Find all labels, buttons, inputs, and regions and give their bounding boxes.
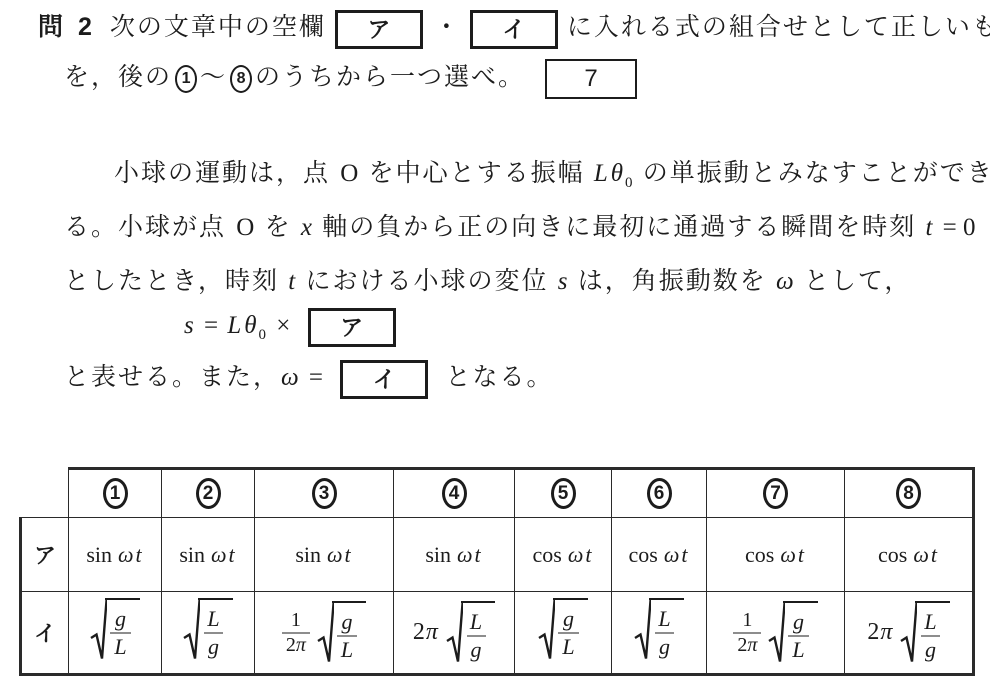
text-segment: となる。 [437,364,553,391]
option-a-3: sinωt [255,518,394,592]
option-header-2: 2 [162,469,255,518]
formula-7: 12πgL [733,601,817,665]
fraction-denominator: L [337,635,357,662]
option-b-4: 2πLg [394,592,515,675]
text-segment: ω [775,268,796,295]
sqrt-expression: gL [768,601,817,665]
sqrt-radicand: gL [553,598,587,662]
trig-function-name: sin [425,542,457,567]
text-segment: L [226,312,243,339]
fraction-denominator: g [467,635,486,662]
math-expression: 2π [867,619,893,645]
text-segment: = [196,312,227,339]
coefficient-fraction: 12π [282,609,310,657]
option-header-3: 3 [255,469,394,518]
option-a-2: sinωt [162,518,255,592]
option-a-8: cosωt [845,518,974,592]
option-a-6: cosωt [612,518,707,592]
sqrt-expression: gL [317,601,366,665]
fraction-numerator: 1 [287,609,305,632]
text-segment: の単振動とみなすことができ [635,160,990,187]
text-segment: 小球の運動は，点 [114,160,338,187]
question-number: 問 2 [38,13,96,41]
math-expression: g [925,637,936,662]
sqrt-radicand: Lg [198,598,232,662]
coefficient-fraction: 12π [733,609,761,657]
text-segment: を [256,214,300,241]
fraction-numerator: L [920,609,940,634]
fraction-denominator: 2π [733,632,761,657]
trig-function-arg: ωt [457,542,483,567]
text-segment: t [924,214,934,241]
math-expression: g [471,637,482,662]
fraction-denominator: g [204,632,223,659]
sqrt-fraction: Lg [203,606,223,659]
options-table: 12345678アsinωtsinωtsinωtsinωtcosωtcosωtc… [19,467,975,676]
text-segment: のうちから一つ選べ。 [255,64,525,91]
sqrt-fraction: gL [337,609,357,662]
fraction-numerator: L [203,606,223,631]
trig-function-arg: ωt [913,542,939,567]
text-segment: を中心とする振幅 [360,160,593,187]
option-header-7: 7 [707,469,845,518]
option-a-4: sinωt [394,518,515,592]
math-expression: g [208,634,219,659]
option-b-7: 12πgL [707,592,845,675]
math-expression: 1 [291,609,301,631]
math-expression: L [470,609,482,634]
text-segment: と表せる。また， [64,364,280,391]
fraction-numerator: g [338,609,357,634]
trig-function-name: sin [179,542,211,567]
option-b-2: Lg [162,592,255,675]
math-expression: L [792,637,804,662]
sqrt-fraction: Lg [466,609,486,662]
formula-1: gL [90,598,139,662]
formula-5: gL [538,598,587,662]
row-label-b: イ [21,592,69,675]
para-line-3: としたとき，時刻 t における小球の変位 s は，角振動数を ω として， [64,260,911,304]
math-expression: g [342,609,353,634]
text-segment: t [287,268,297,295]
sqrt-fraction: Lg [920,609,940,662]
text-segment: における小球の変位 [297,268,557,295]
text-segment: として， [796,268,912,295]
question-instruction-line: を，後の1～8のうちから一つ選べ。7 [64,56,637,100]
sqrt-fraction: gL [788,609,808,662]
text-segment: ω [280,364,301,391]
text-segment: は，角振動数を [569,268,775,295]
sqrt-expression: Lg [446,601,495,665]
text-segment: ～ [200,64,227,91]
option-header-6: 6 [612,469,707,518]
equation-blank-a: ア [308,308,396,347]
math-expression: L [114,634,126,659]
option-number-4: 4 [442,478,467,509]
text-segment: s [557,268,570,295]
para-line-1: 小球の運動は，点 O を中心とする振幅 Lθ0 の単振動とみなすことができ [64,152,990,196]
trig-function-arg: ωt [327,542,353,567]
sqrt-radicand: Lg [915,601,949,665]
option-header-1: 1 [69,469,162,518]
sqrt-fraction: gL [110,606,130,659]
formula-6: Lg [634,598,683,662]
option-b-3: 12πgL [255,592,394,675]
option-number-1: 1 [103,478,128,509]
math-expression: g [659,634,670,659]
sqrt-fraction: gL [558,606,578,659]
text-segment: としたとき，時刻 [64,268,287,295]
fraction-numerator: 1 [738,609,756,632]
sqrt-radicand: Lg [649,598,683,662]
sqrt-radicand: gL [332,601,366,665]
fraction-denominator: 2π [282,632,310,657]
para-line-5: と表せる。また，ω = イ となる。 [64,356,554,400]
option-range-end: 8 [230,65,252,93]
trig-function-name: sin [86,542,118,567]
math-expression: 2π [737,634,757,656]
trig-function-name: cos [533,542,568,567]
option-b-8: 2πLg [845,592,974,675]
trig-function-arg: ωt [664,542,690,567]
text-segment: = [301,364,332,391]
formula-4: 2πLg [413,601,495,665]
trig-function-arg: ωt [568,542,594,567]
sqrt-expression: Lg [634,598,683,662]
text-segment: 次の文章中の空欄 [110,14,326,41]
text-segment: 0 [625,175,635,191]
text-segment: O [234,214,256,241]
math-expression: L [562,634,574,659]
sqrt-expression: Lg [900,601,949,665]
option-a-1: sinωt [69,518,162,592]
text-segment: L [593,160,610,187]
option-header-4: 4 [394,469,515,518]
option-number-8: 8 [896,478,921,509]
option-number-5: 5 [551,478,576,509]
option-header-5: 5 [515,469,612,518]
sqrt-expression: Lg [183,598,232,662]
trig-function-name: cos [629,542,664,567]
formula-3: 12πgL [282,601,366,665]
sqrt-radicand: Lg [461,601,495,665]
math-expression: 2π [413,619,439,645]
equation-blank-b: イ [340,360,428,399]
text-segment: O [338,160,360,187]
coefficient: 2π [867,619,893,646]
math-expression: g [793,609,804,634]
trig-function-name: sin [295,542,327,567]
text-segment: に入れる式の組合せとして正しいもの [567,14,990,41]
text-segment: × [268,312,299,339]
fraction-denominator: g [655,632,674,659]
option-number-6: 6 [647,478,672,509]
exam-question-page: 問 2次の文章中の空欄ア・イに入れる式の組合せとして正しいものを，後の1～8のう… [0,0,990,688]
option-number-2: 2 [196,478,221,509]
row-label-a: ア [21,518,69,592]
option-range-start: 1 [175,65,197,93]
text-segment: 0 [259,327,269,343]
trig-function-arg: ωt [118,542,144,567]
option-b-5: gL [515,592,612,675]
text-segment: = 0 [934,214,977,241]
blank-box-b: イ [470,10,558,49]
equation-line: s = Lθ0 × ア [183,303,405,349]
fraction-numerator: g [559,606,578,631]
sqrt-expression: gL [90,598,139,662]
trig-function-arg: ωt [780,542,806,567]
text-segment: θ [610,160,625,187]
text-segment: θ [243,312,258,339]
trig-function-name: cos [878,542,913,567]
sqrt-fraction: Lg [654,606,674,659]
math-expression: g [115,606,126,631]
blank-box-a: ア [335,10,423,49]
fraction-numerator: g [111,606,130,631]
text-segment: s [183,312,196,339]
text-segment: ・ [434,14,459,41]
text-segment: x [300,214,314,241]
formula-8: 2πLg [867,601,949,665]
option-a-7: cosωt [707,518,845,592]
para-line-2: る。小球が点 O を x 軸の負から正の向きに最初に通過する瞬間を時刻 t = … [64,206,978,250]
math-expression: L [658,606,670,631]
coefficient: 2π [413,619,439,646]
option-b-1: gL [69,592,162,675]
corner-cell [21,469,69,518]
fraction-numerator: g [789,609,808,634]
sqrt-radicand: gL [783,601,817,665]
math-expression: g [563,606,574,631]
option-b-6: Lg [612,592,707,675]
trig-function-arg: ωt [211,542,237,567]
text-segment: る。小球が点 [64,214,234,241]
option-number-7: 7 [763,478,788,509]
formula-2: Lg [183,598,232,662]
fraction-numerator: L [654,606,674,631]
option-header-8: 8 [845,469,974,518]
trig-function-name: cos [745,542,780,567]
fraction-denominator: g [921,635,940,662]
math-expression: L [924,609,936,634]
math-expression: 1 [742,609,752,631]
sqrt-radicand: gL [105,598,139,662]
option-a-5: cosωt [515,518,612,592]
text-segment: 軸の負から正の向きに最初に通過する瞬間を時刻 [314,214,925,241]
sqrt-expression: gL [538,598,587,662]
math-expression: L [207,606,219,631]
answer-number-box: 7 [545,59,637,99]
math-expression: L [341,637,353,662]
math-expression: 2π [286,634,306,656]
fraction-numerator: L [466,609,486,634]
text-segment: を，後の [64,64,172,91]
option-number-3: 3 [312,478,337,509]
fraction-denominator: L [788,635,808,662]
fraction-denominator: L [558,632,578,659]
question-title-line: 問 2次の文章中の空欄ア・イに入れる式の組合せとして正しいもの [38,5,990,49]
fraction-denominator: L [110,632,130,659]
